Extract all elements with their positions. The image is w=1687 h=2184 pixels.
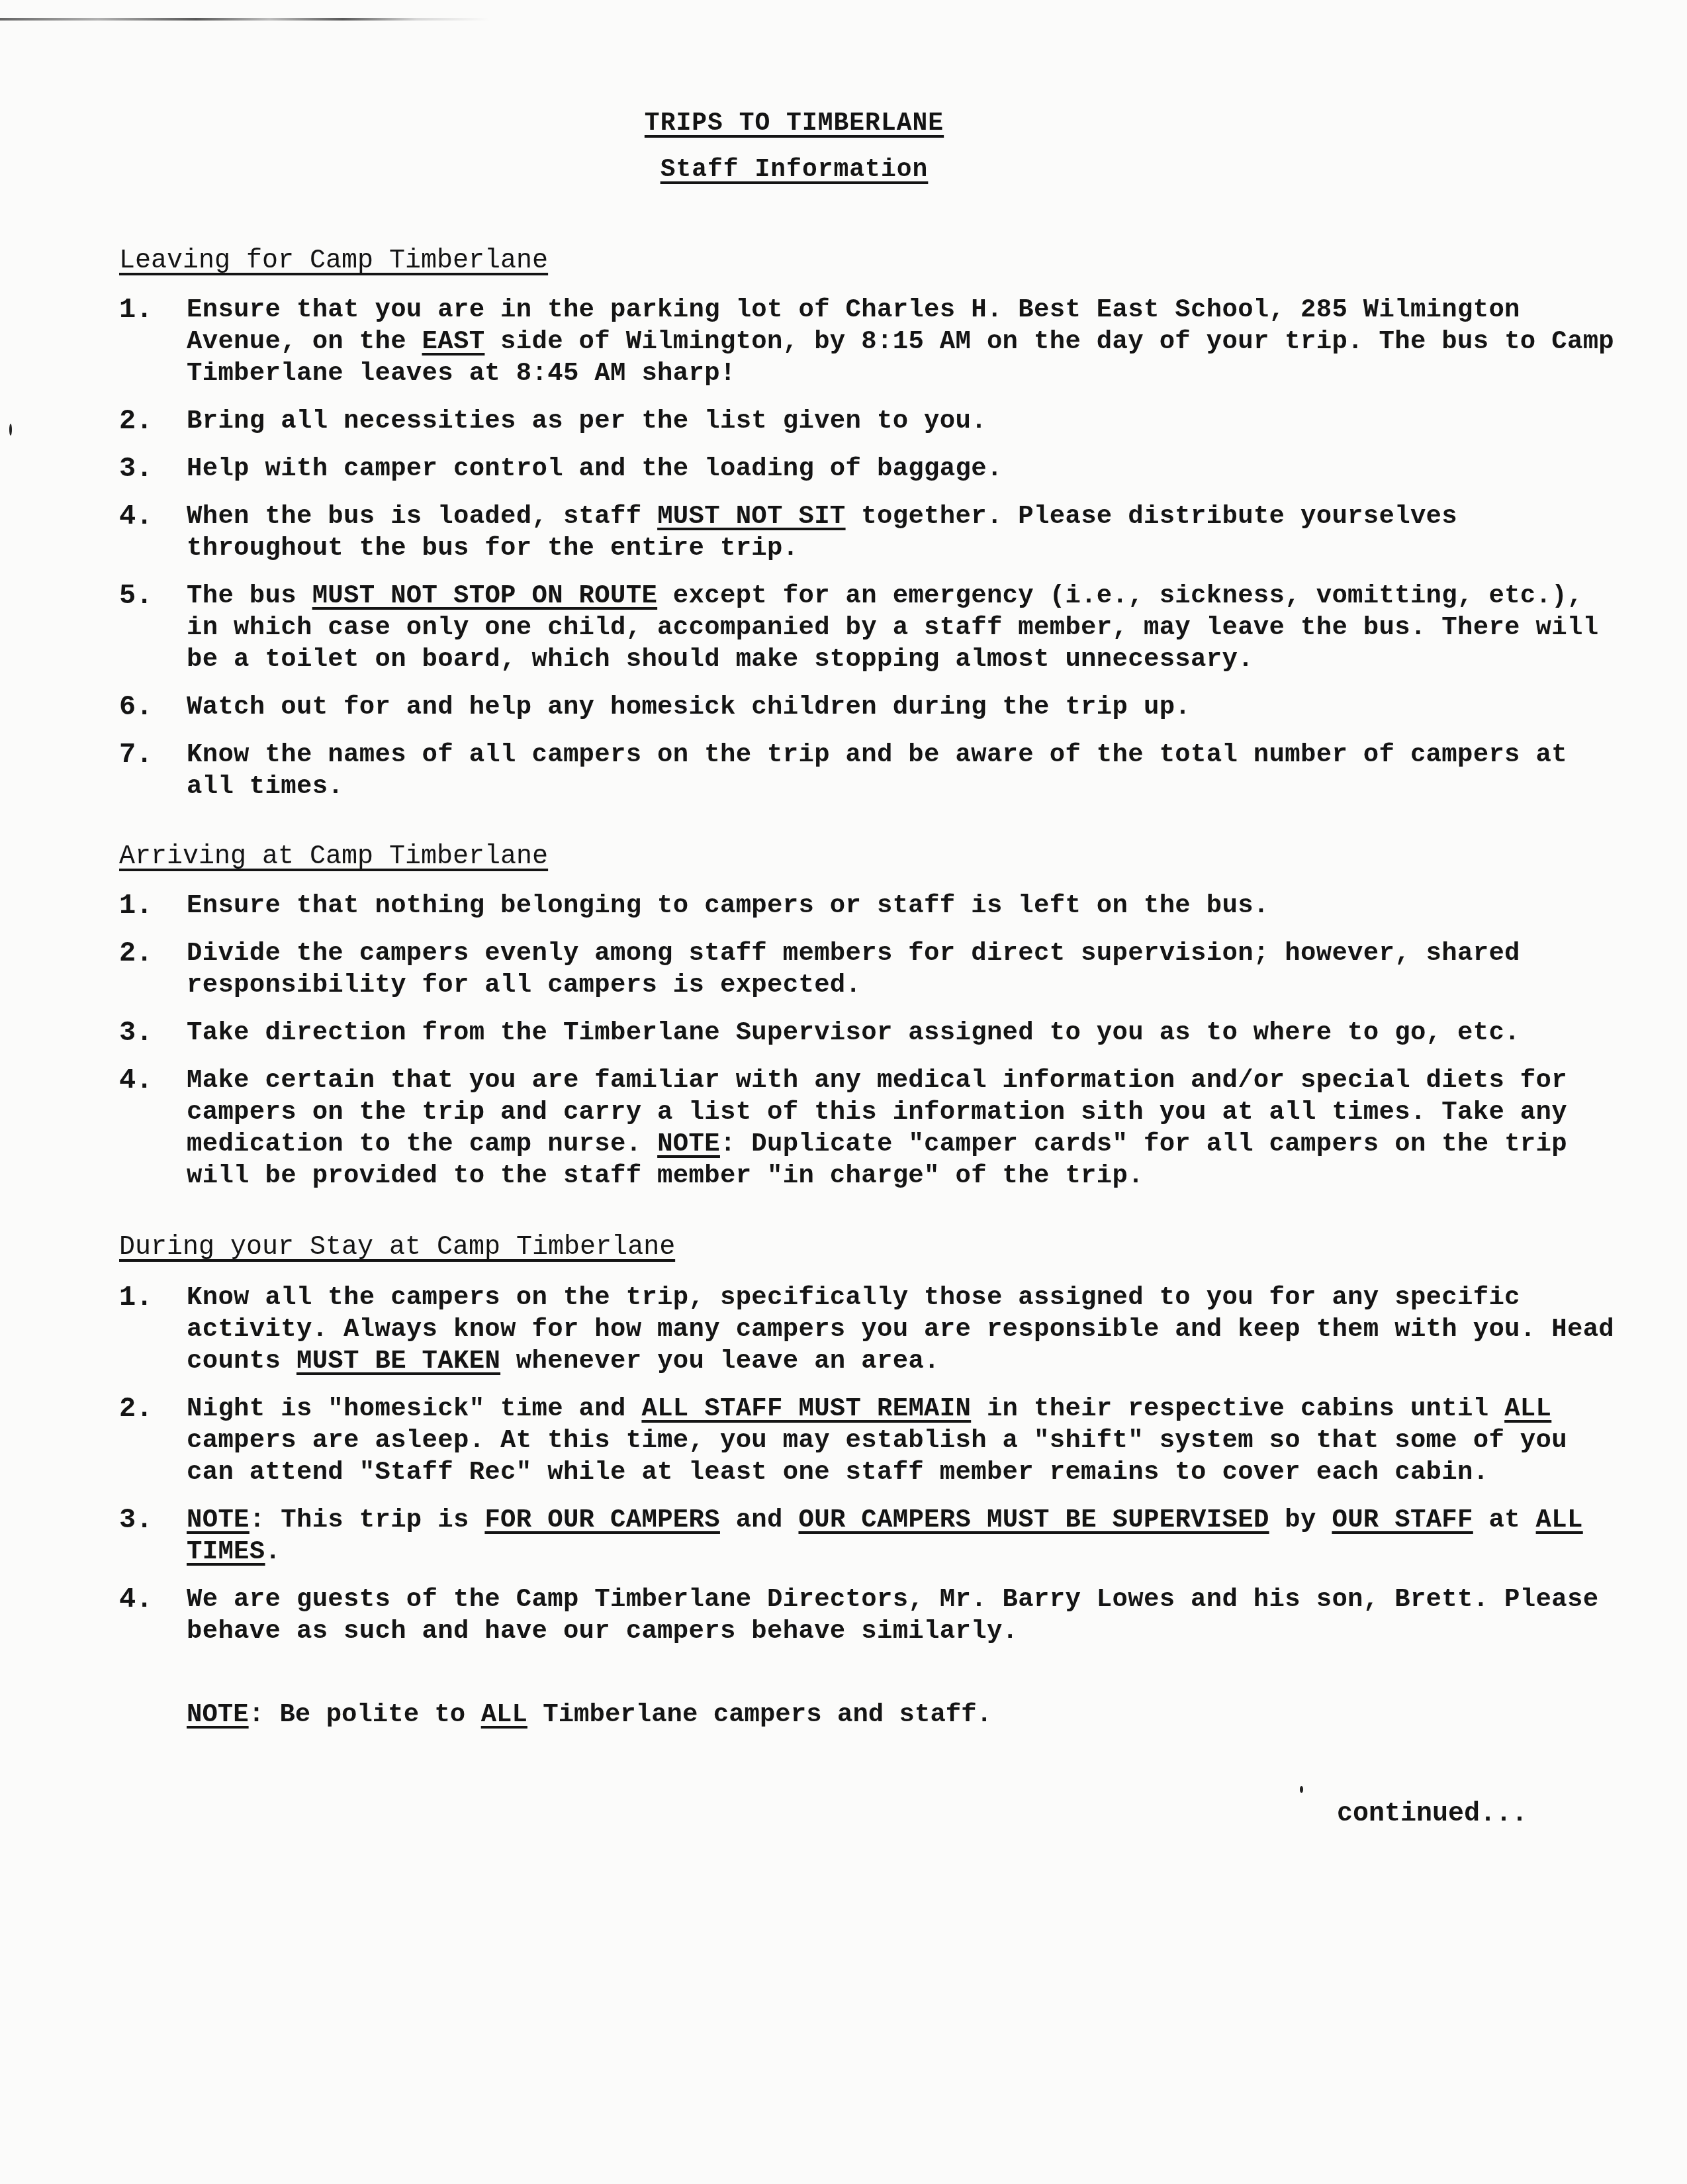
list-item: 5.The bus MUST NOT STOP ON ROUTE except …	[119, 580, 1615, 675]
document-page: TRIPS TO TIMBERLANE Staff Information Le…	[0, 0, 1687, 2184]
text-run: : Be polite to	[249, 1700, 481, 1729]
list-arriving: 1.Ensure that nothing belonging to campe…	[119, 890, 1615, 1208]
section-heading-arriving: Arriving at Camp Timberlane	[119, 842, 548, 872]
list-item: 1.Ensure that nothing belonging to campe…	[119, 890, 1615, 922]
scan-speck	[9, 424, 12, 436]
list-item: 2.Divide the campers evenly among staff …	[119, 937, 1615, 1001]
text-run: Timberlane campers and staff.	[527, 1700, 992, 1729]
underlined-emphasis: EAST	[422, 327, 485, 356]
text-run: whenever you leave an area.	[500, 1347, 940, 1376]
item-number: 1.	[119, 1282, 153, 1313]
list-item: 7.Know the names of all campers on the t…	[119, 739, 1615, 802]
text-run: Ensure that nothing belonging to campers…	[187, 891, 1269, 920]
list-item: 1.Know all the campers on the trip, spec…	[119, 1282, 1615, 1377]
text-run: Help with camper control and the loading…	[187, 454, 1003, 483]
text-run: Bring all necessities as per the list gi…	[187, 406, 987, 436]
underlined-emphasis: OUR STAFF	[1332, 1505, 1473, 1535]
list-item: 4.Make certain that you are familiar wit…	[119, 1065, 1615, 1192]
underlined-emphasis: ALL	[1504, 1394, 1551, 1423]
document-title: TRIPS TO TIMBERLANE	[0, 101, 1588, 147]
underlined-emphasis: MUST BE TAKEN	[296, 1347, 500, 1376]
underlined-emphasis: FOR OUR CAMPERS	[484, 1505, 720, 1535]
underlined-emphasis: MUST NOT SIT	[657, 502, 845, 531]
item-number: 1.	[119, 294, 153, 326]
text-run: We are guests of the Camp Timberlane Dir…	[187, 1585, 1598, 1646]
underlined-emphasis: MUST NOT STOP ON ROUTE	[312, 581, 657, 610]
list-leaving: 1.Ensure that you are in the parking lot…	[119, 294, 1615, 818]
text-run: Know the names of all campers on the tri…	[187, 740, 1567, 801]
continued-footer: continued...	[1337, 1799, 1527, 1829]
list-item: 1.Ensure that you are in the parking lot…	[119, 294, 1615, 389]
text-run: campers are asleep. At this time, you ma…	[187, 1426, 1567, 1487]
list-item: 4.When the bus is loaded, staff MUST NOT…	[119, 500, 1615, 564]
underlined-emphasis: ALL	[481, 1700, 527, 1729]
item-number: 4.	[119, 1584, 153, 1615]
item-number: 2.	[119, 405, 153, 437]
text-run: When the bus is loaded, staff	[187, 502, 657, 531]
list-item: 3.NOTE: This trip is FOR OUR CAMPERS and…	[119, 1504, 1615, 1568]
text-run: Watch out for and help any homesick chil…	[187, 692, 1191, 722]
document-subtitle: Staff Information	[0, 147, 1588, 193]
item-number: 4.	[119, 500, 153, 532]
note-polite: NOTE: Be polite to ALL Timberlane camper…	[187, 1699, 992, 1731]
list-item: 4.We are guests of the Camp Timberlane D…	[119, 1584, 1615, 1647]
item-number: 3.	[119, 1017, 153, 1049]
item-number: 3.	[119, 453, 153, 485]
underlined-emphasis: NOTE	[657, 1129, 720, 1159]
list-during: 1.Know all the campers on the trip, spec…	[119, 1282, 1615, 1663]
item-number: 3.	[119, 1504, 153, 1536]
text-run: at	[1473, 1505, 1536, 1535]
underlined-emphasis: NOTE	[187, 1505, 250, 1535]
item-number: 4.	[119, 1065, 153, 1096]
text-run: Take direction from the Timberlane Super…	[187, 1018, 1520, 1047]
text-run: Night is "homesick" time and	[187, 1394, 641, 1423]
text-run: by	[1269, 1505, 1332, 1535]
underlined-emphasis: OUR CAMPERS MUST BE SUPERVISED	[798, 1505, 1269, 1535]
item-number: 1.	[119, 890, 153, 922]
text-run: and	[720, 1505, 799, 1535]
section-heading-leaving: Leaving for Camp Timberlane	[119, 246, 548, 276]
text-run: Divide the campers evenly among staff me…	[187, 939, 1520, 1000]
item-number: 2.	[119, 937, 153, 969]
section-heading-during: During your Stay at Camp Timberlane	[119, 1233, 675, 1262]
title-block: TRIPS TO TIMBERLANE Staff Information	[0, 101, 1588, 193]
scan-speck	[1300, 1786, 1303, 1793]
list-item: 2.Night is "homesick" time and ALL STAFF…	[119, 1393, 1615, 1488]
list-item: 3.Help with camper control and the loadi…	[119, 453, 1615, 485]
list-item: 3.Take direction from the Timberlane Sup…	[119, 1017, 1615, 1049]
item-number: 5.	[119, 580, 153, 612]
item-number: 2.	[119, 1393, 153, 1425]
list-item: 2.Bring all necessities as per the list …	[119, 405, 1615, 437]
list-item: 6.Watch out for and help any homesick ch…	[119, 691, 1615, 723]
item-number: 7.	[119, 739, 153, 771]
text-run: The bus	[187, 581, 312, 610]
text-run: .	[265, 1537, 281, 1566]
text-run: : This trip is	[250, 1505, 485, 1535]
item-number: 6.	[119, 691, 153, 723]
underlined-emphasis: ALL STAFF MUST REMAIN	[641, 1394, 971, 1423]
underlined-emphasis: NOTE	[187, 1700, 249, 1729]
text-run: in their respective cabins until	[971, 1394, 1504, 1423]
